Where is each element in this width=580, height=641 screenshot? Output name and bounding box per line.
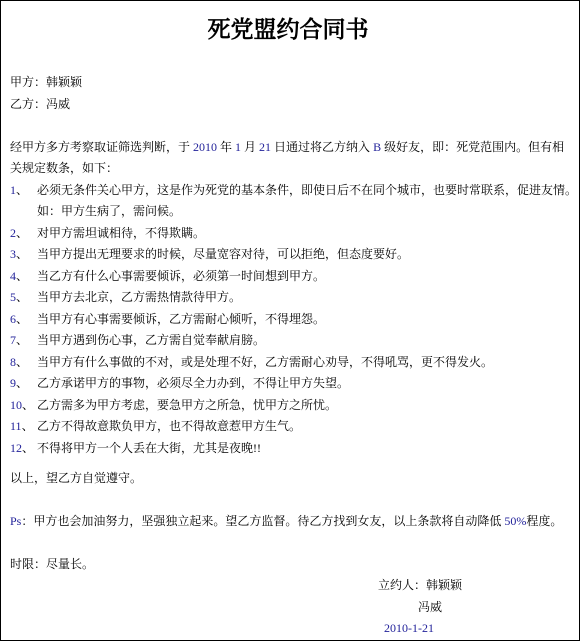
closing-line: 以上，望乙方自觉遵守。 xyxy=(10,468,579,490)
contract-item: 8、当甲方有什么事做的不对，或是处理不好，乙方需耐心劝导，不得吼骂，更不得发火。 xyxy=(37,352,579,374)
item-number: 2、 xyxy=(10,223,37,245)
signature-signer-a-line: 立约人：韩颖颖 xyxy=(378,575,579,597)
intro-paragraph: 经甲方多方考察取证筛选判断，于 2010 年 1 月 21 日通过将乙方纳入 B… xyxy=(10,137,579,180)
item-number: 12、 xyxy=(10,438,37,460)
signer-b-name: 冯威 xyxy=(418,600,442,614)
contract-item: 12、不得将甲方一个人丢在大街，尤其是夜晚!! xyxy=(37,438,579,460)
contract-item: 5、当甲方去北京，乙方需热情款待甲方。 xyxy=(37,287,579,309)
page-title: 死党盟约合同书 xyxy=(10,17,566,43)
item-number: 6、 xyxy=(10,309,37,331)
item-number: 9、 xyxy=(10,373,37,395)
party-b-name: 冯威 xyxy=(46,97,70,111)
ps-line: Ps：甲方也会加油努力，坚强独立起来。望乙方监督。待乙方找到女友，以上条款将自动… xyxy=(10,511,579,533)
signature-signer-b-line: 冯威 xyxy=(418,597,579,619)
signer-label: 立约人： xyxy=(378,578,426,592)
item-text: 必须无条件关心甲方，这是作为死党的基本条件，即使日后不在同个城市，也要时常联系，… xyxy=(37,183,577,219)
contract-item: 2、对甲方需坦诚相待，不得欺瞒。 xyxy=(37,223,579,245)
signer-a-name: 韩颖颖 xyxy=(426,578,462,592)
item-text: 当乙方有什么心事需要倾诉，必须第一时间想到甲方。 xyxy=(37,269,325,283)
party-b-label: 乙方： xyxy=(10,97,46,111)
contract-item: 4、当乙方有什么心事需要倾诉，必须第一时间想到甲方。 xyxy=(37,266,579,288)
item-text: 当甲方去北京，乙方需热情款待甲方。 xyxy=(37,290,241,304)
item-text: 当甲方提出无理要求的时候，尽量宽容对待，可以拒绝，但态度要好。 xyxy=(37,247,409,261)
party-a-label: 甲方： xyxy=(10,75,46,89)
terms-list: 1、必须无条件关心甲方，这是作为死党的基本条件，即使日后不在同个城市，也要时常联… xyxy=(10,180,579,460)
contract-item: 9、乙方承诺甲方的事物，必须尽全力办到，不得让甲方失望。 xyxy=(37,373,579,395)
contract-page: 死党盟约合同书 甲方：韩颖颖 乙方：冯威 经甲方多方考察取证筛选判断，于 201… xyxy=(0,0,580,641)
item-text: 乙方承诺甲方的事物，必须尽全力办到，不得让甲方失望。 xyxy=(37,376,349,390)
contract-item: 11、乙方不得故意欺负甲方，也不得故意惹甲方生气。 xyxy=(37,416,579,438)
duration-line: 时限：尽量长。 xyxy=(10,554,579,576)
item-number: 10、 xyxy=(10,395,37,417)
item-number: 4、 xyxy=(10,266,37,288)
item-number: 1、 xyxy=(10,180,37,202)
party-a-line: 甲方：韩颖颖 xyxy=(10,72,579,94)
item-number: 8、 xyxy=(10,352,37,374)
contract-item: 1、必须无条件关心甲方，这是作为死党的基本条件，即使日后不在同个城市，也要时常联… xyxy=(37,180,579,223)
item-text: 不得将甲方一个人丢在大街，尤其是夜晚!! xyxy=(37,441,261,455)
contract-item: 6、当甲方有心事需要倾诉，乙方需耐心倾听，不得埋怨。 xyxy=(37,309,579,331)
contract-item: 7、当甲方遇到伤心事，乙方需自觉奉献肩膀。 xyxy=(37,330,579,352)
item-text: 乙方不得故意欺负甲方，也不得故意惹甲方生气。 xyxy=(37,419,301,433)
item-text: 当甲方遇到伤心事，乙方需自觉奉献肩膀。 xyxy=(37,333,265,347)
party-b-line: 乙方：冯威 xyxy=(10,94,579,116)
item-number: 11、 xyxy=(10,416,37,438)
intro-text: 经甲方多方考察取证筛选判断，于 2010 年 1 月 21 日通过将乙方纳入 B… xyxy=(10,140,564,176)
item-number: 5、 xyxy=(10,287,37,309)
contract-item: 3、当甲方提出无理要求的时候，尽量宽容对待，可以拒绝，但态度要好。 xyxy=(37,244,579,266)
item-number: 3、 xyxy=(10,244,37,266)
item-text: 当甲方有什么事做的不对，或是处理不好，乙方需耐心劝导，不得吼骂，更不得发火。 xyxy=(37,355,493,369)
item-number: 7、 xyxy=(10,330,37,352)
item-text: 乙方需多为甲方考虑，要急甲方之所急，忧甲方之所忧。 xyxy=(37,398,337,412)
contract-item: 10、乙方需多为甲方考虑，要急甲方之所急，忧甲方之所忧。 xyxy=(37,395,579,417)
party-a-name: 韩颖颖 xyxy=(46,75,82,89)
item-text: 对甲方需坦诚相待，不得欺瞒。 xyxy=(37,226,205,240)
signature-date: 2010-1-21 xyxy=(384,618,579,640)
item-text: 当甲方有心事需要倾诉，乙方需耐心倾听，不得埋怨。 xyxy=(37,312,325,326)
parties-section: 甲方：韩颖颖 乙方：冯威 xyxy=(10,72,579,115)
